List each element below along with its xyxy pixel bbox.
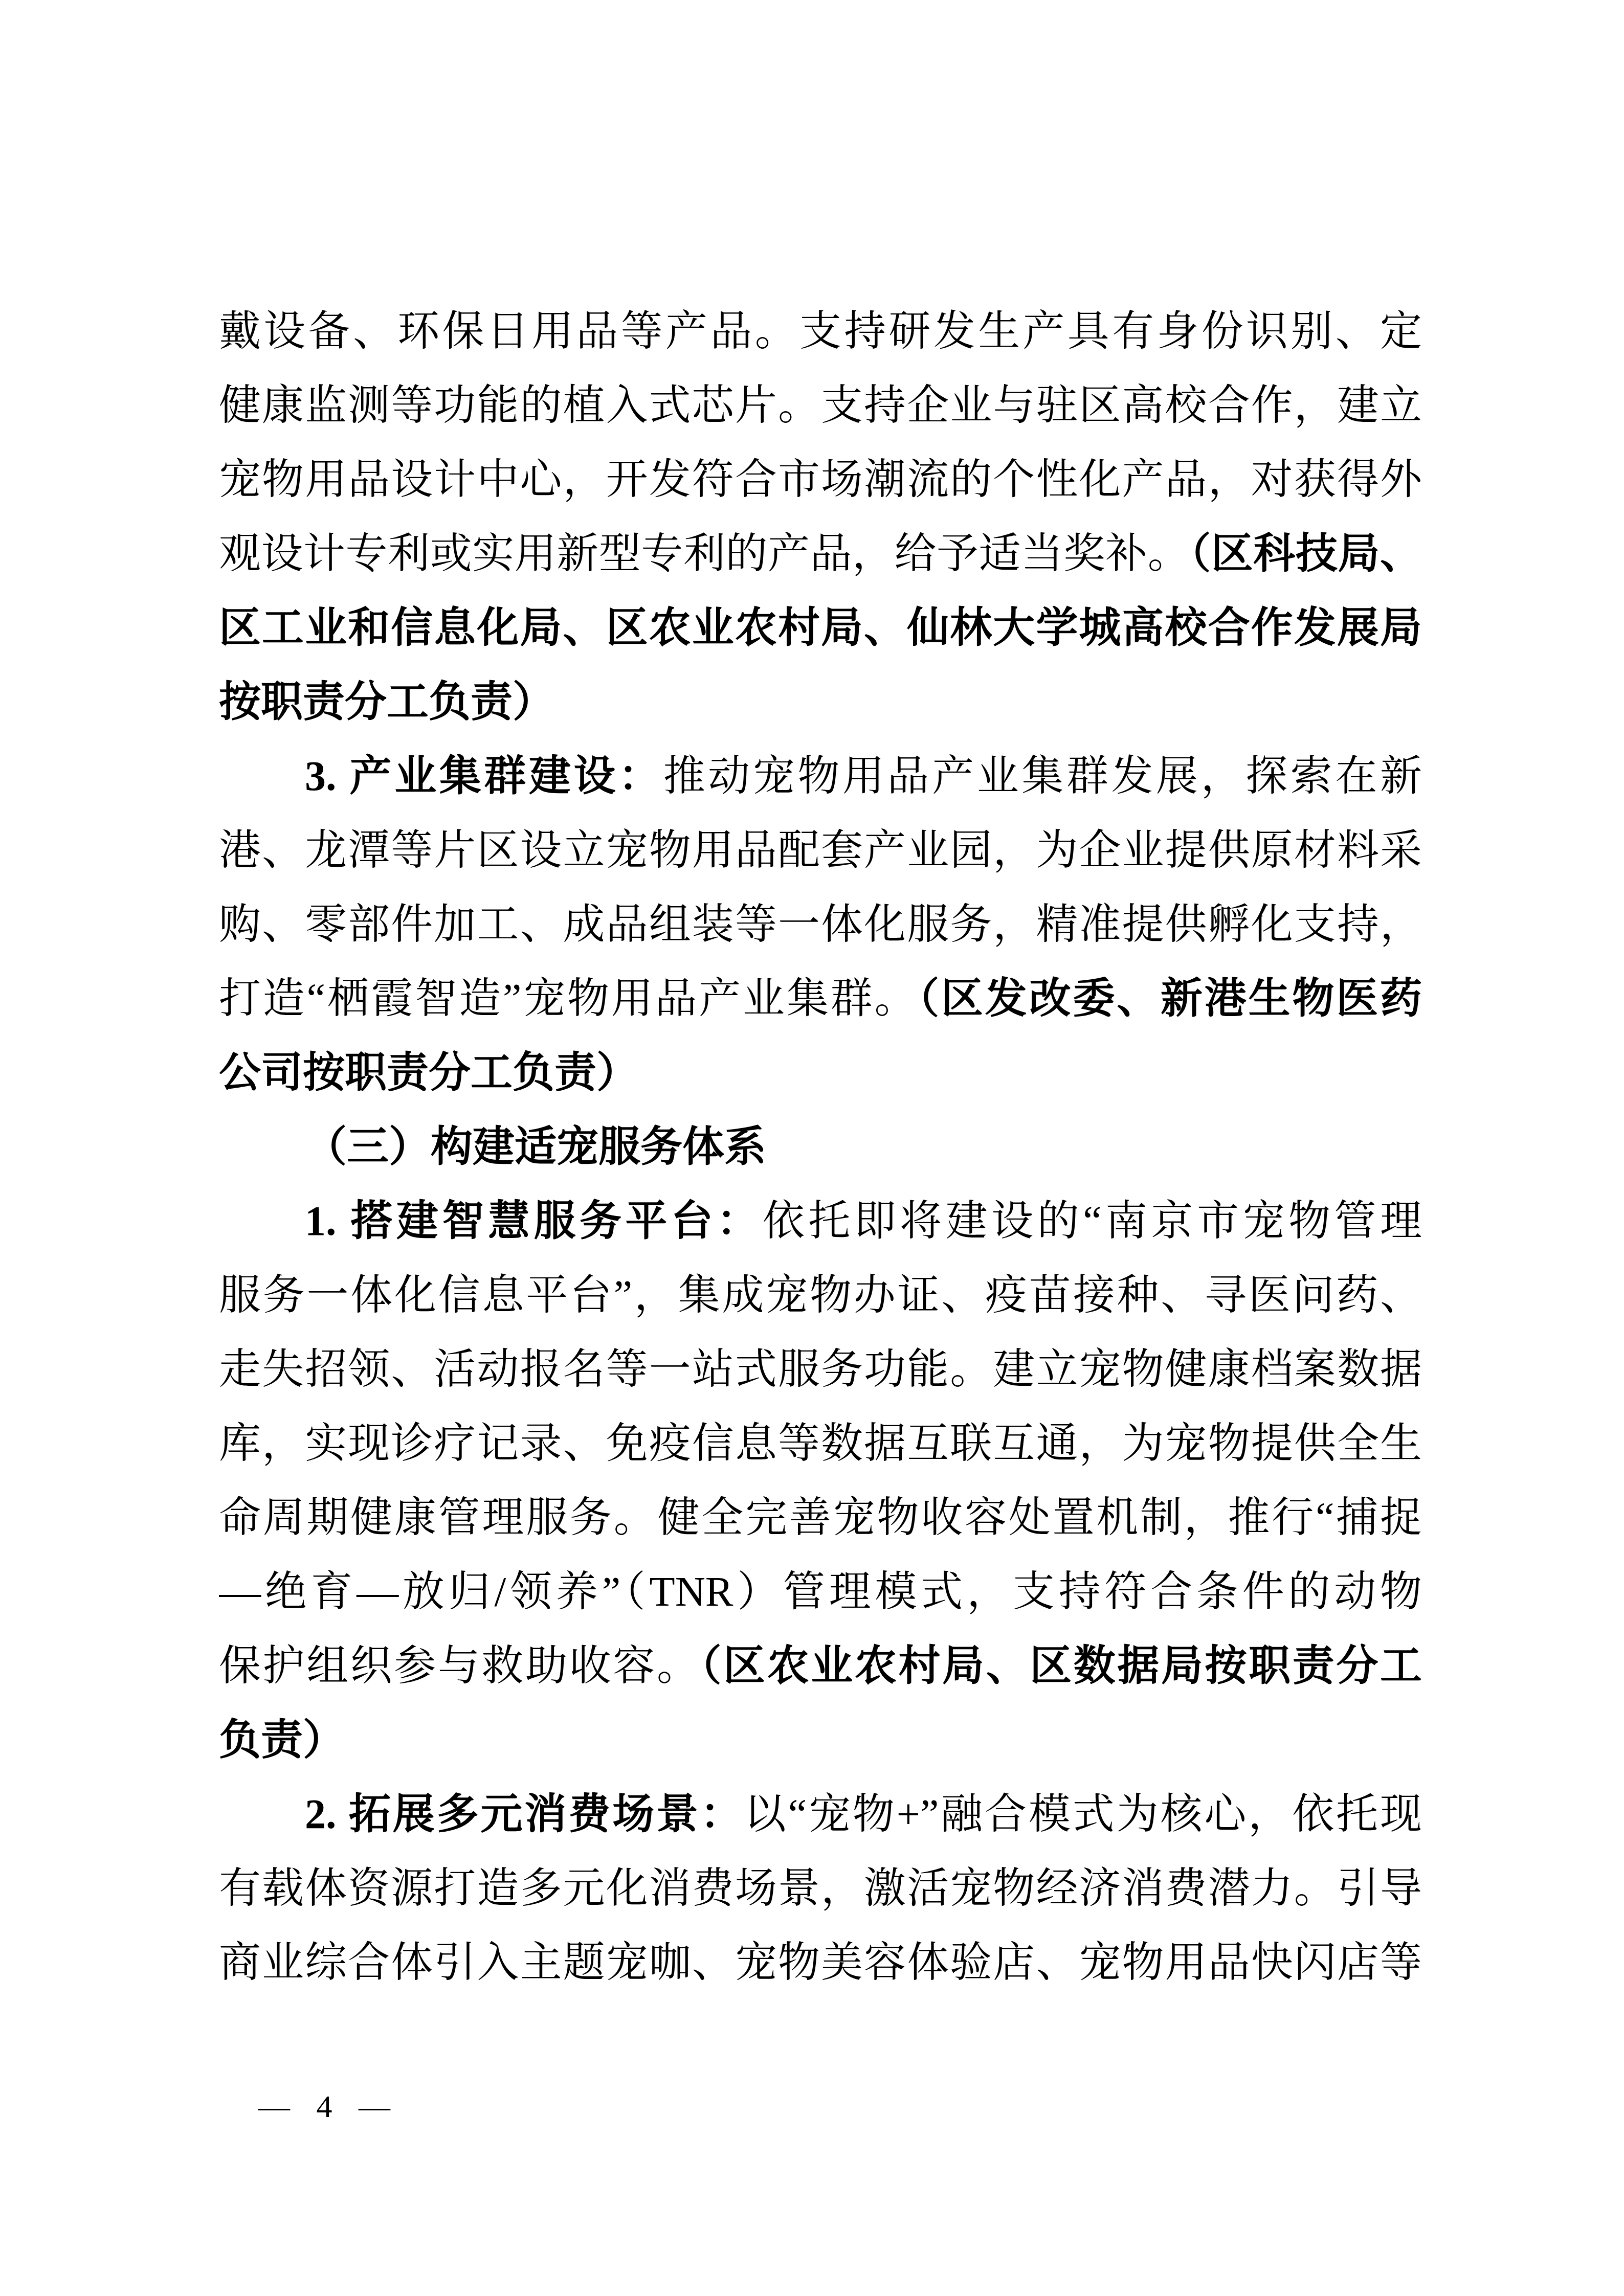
text-segment: 观设计专利或实用新型专利的产品，给予适当奖补。 [219, 530, 1190, 577]
text-segment: 商业综合体引入主题宠咖、宠物美容体验店、宠物用品快闪店等 [219, 1939, 1422, 1986]
text-line: 走失招领、活动报名等一站式服务功能。建立宠物健康档案数据 [219, 1332, 1422, 1406]
text-segment: 走失招领、活动报名等一站式服务功能。建立宠物健康档案数据 [219, 1346, 1422, 1392]
text-line: 1. 搭建智慧服务平台：依托即将建设的“南京市宠物管理 [219, 1184, 1422, 1258]
text-line: （三）构建适宠服务体系 [219, 1110, 1422, 1184]
text-segment: 宠物用品设计中心，开发符合市场潮流的个性化产品，对获得外 [219, 456, 1422, 503]
text-line: 购、零部件加工、成品组装等一体化服务，精准提供孵化支持， [219, 887, 1422, 961]
text-segment: —绝育—放归/领养”（TNR）管理模式，支持符合条件的动物 [219, 1568, 1422, 1615]
text-line: 服务一体化信息平台”，集成宠物办证、疫苗接种、寻医问药、 [219, 1258, 1422, 1332]
bold-text-segment: （区科技局、 [1190, 530, 1422, 577]
text-segment: 服务一体化信息平台”，集成宠物办证、疫苗接种、寻医问药、 [219, 1272, 1422, 1318]
text-segment: 库，实现诊疗记录、免疫信息等数据互联互通，为宠物提供全生 [219, 1420, 1422, 1467]
text-segment: 以“宠物+”融合模式为核心，依托现 [744, 1791, 1422, 1837]
text-line: 按职责分工负责） [219, 665, 1422, 739]
text-segment: 有载体资源打造多元化消费场景，激活宠物经济消费潜力。引导 [219, 1865, 1422, 1911]
text-segment: 打造“栖霞智造”宠物用品产业集群。 [219, 975, 918, 1022]
text-segment: 依托即将建设的“南京市宠物管理 [763, 1198, 1422, 1244]
text-segment: 健康监测等功能的植入式芯片。支持企业与驻区高校合作，建立 [219, 382, 1422, 429]
document-body: 戴设备、环保日用品等产品。支持研发生产具有身份识别、定位、健康监测等功能的植入式… [219, 294, 1422, 1999]
text-line: 公司按职责分工负责） [219, 1036, 1422, 1110]
bold-text-segment: 区工业和信息化局、区农业农村局、仙林大学城高校合作发展局 [219, 604, 1422, 651]
bold-text-segment: （三）构建适宠服务体系 [305, 1123, 766, 1170]
text-line: 负责） [219, 1703, 1422, 1777]
bold-text-segment: 按职责分工负责） [219, 679, 554, 725]
bold-text-segment: 公司按职责分工负责） [219, 1049, 638, 1096]
bold-text-segment: 3. 产业集群建设： [305, 753, 663, 799]
bold-text-segment: （区发改委、新港生物医药 [918, 975, 1422, 1022]
document-page: 戴设备、环保日用品等产品。支持研发生产具有身份识别、定位、健康监测等功能的植入式… [0, 0, 1624, 2296]
bold-text-segment: （区农业农村局、区数据局按职责分工 [701, 1642, 1422, 1689]
text-line: 区工业和信息化局、区农业农村局、仙林大学城高校合作发展局 [219, 591, 1422, 665]
text-line: 打造“栖霞智造”宠物用品产业集群。（区发改委、新港生物医药 [219, 961, 1422, 1036]
text-line: 有载体资源打造多元化消费场景，激活宠物经济消费潜力。引导 [219, 1851, 1422, 1925]
text-segment: 推动宠物用品产业集群发展，探索在新 [663, 753, 1422, 799]
text-line: 戴设备、环保日用品等产品。支持研发生产具有身份识别、定位、 [219, 294, 1422, 368]
text-line: 库，实现诊疗记录、免疫信息等数据互联互通，为宠物提供全生 [219, 1406, 1422, 1480]
text-line: 观设计专利或实用新型专利的产品，给予适当奖补。（区科技局、 [219, 516, 1422, 591]
text-line: 3. 产业集群建设：推动宠物用品产业集群发展，探索在新 [219, 739, 1422, 813]
page-number: — 4 — [258, 2089, 399, 2125]
bold-text-segment: 2. 拓展多元消费场景： [305, 1791, 744, 1837]
text-segment: 保护组织参与救助收容。 [219, 1642, 701, 1689]
text-segment: 命周期健康管理服务。健全完善宠物收容处置机制，推行“捕捉 [219, 1494, 1422, 1541]
text-segment: 购、零部件加工、成品组装等一体化服务，精准提供孵化支持， [219, 901, 1422, 948]
text-segment: 港、龙潭等片区设立宠物用品配套产业园，为企业提供原材料采 [219, 827, 1422, 873]
text-segment: 戴设备、环保日用品等产品。支持研发生产具有身份识别、定位、 [219, 308, 1422, 368]
text-line: 宠物用品设计中心，开发符合市场潮流的个性化产品，对获得外 [219, 442, 1422, 516]
text-line: —绝育—放归/领养”（TNR）管理模式，支持符合条件的动物 [219, 1555, 1422, 1629]
text-line: 2. 拓展多元消费场景：以“宠物+”融合模式为核心，依托现 [219, 1777, 1422, 1851]
bold-text-segment: 负责） [219, 1717, 345, 1763]
text-line: 命周期健康管理服务。健全完善宠物收容处置机制，推行“捕捉 [219, 1480, 1422, 1555]
text-line: 保护组织参与救助收容。（区农业农村局、区数据局按职责分工 [219, 1629, 1422, 1703]
text-line: 港、龙潭等片区设立宠物用品配套产业园，为企业提供原材料采 [219, 813, 1422, 887]
text-line: 商业综合体引入主题宠咖、宠物美容体验店、宠物用品快闪店等 [219, 1925, 1422, 1999]
bold-text-segment: 1. 搭建智慧服务平台： [305, 1198, 763, 1244]
text-line: 健康监测等功能的植入式芯片。支持企业与驻区高校合作，建立 [219, 368, 1422, 442]
